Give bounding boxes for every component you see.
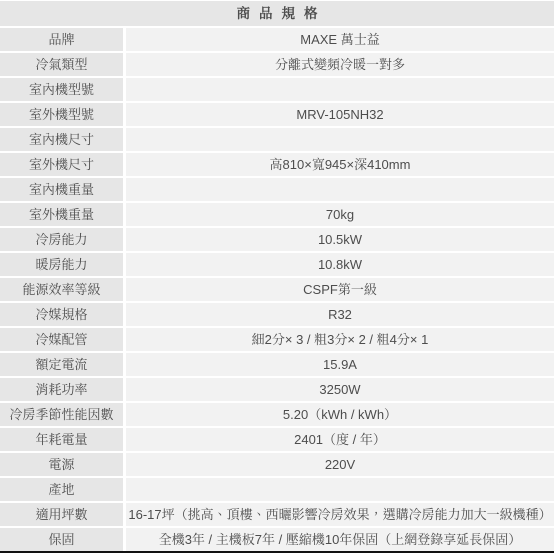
table-row: 產地	[0, 478, 554, 501]
spec-label-cell: 冷媒規格	[0, 303, 123, 326]
spec-label-cell: 室內機尺寸	[0, 128, 123, 151]
spec-value-cell	[126, 128, 554, 151]
spec-value-cell: 10.8kW	[126, 253, 554, 276]
spec-value-cell: MRV-105NH32	[126, 103, 554, 126]
spec-value-cell: 細2分× 3 / 粗3分× 2 / 粗4分× 1	[126, 328, 554, 351]
spec-value-cell: 2401（度 / 年）	[126, 428, 554, 451]
spec-value-cell	[126, 178, 554, 201]
table-row: 年耗電量 2401（度 / 年）	[0, 428, 554, 451]
spec-value-cell: R32	[126, 303, 554, 326]
table-row: 電源 220V	[0, 453, 554, 476]
spec-value-cell: 5.20（kWh / kWh）	[126, 403, 554, 426]
table-row: 冷媒配管 細2分× 3 / 粗3分× 2 / 粗4分× 1	[0, 328, 554, 351]
table-row: 額定電流 15.9A	[0, 353, 554, 376]
spec-label-cell: 消耗功率	[0, 378, 123, 401]
spec-value-cell	[126, 478, 554, 501]
table-title-text: 商品規格	[237, 6, 327, 21]
spec-label-cell: 室內機重量	[0, 178, 123, 201]
spec-label-cell: 室外機尺寸	[0, 153, 123, 176]
spec-label-cell: 室內機型號	[0, 78, 123, 101]
table-row: 保固 全機3年 / 主機板7年 / 壓縮機10年保固（上網登錄享延長保固）	[0, 528, 554, 551]
spec-value-cell: 220V	[126, 453, 554, 476]
table-row: 冷房季節性能因數 5.20（kWh / kWh）	[0, 403, 554, 426]
spec-value-cell: 15.9A	[126, 353, 554, 376]
table-row: 能源效率等級 CSPF第一級	[0, 278, 554, 301]
spec-label-cell: 冷房能力	[0, 228, 123, 251]
spec-label-cell: 冷房季節性能因數	[0, 403, 123, 426]
spec-label-cell: 室外機型號	[0, 103, 123, 126]
spec-label-cell: 額定電流	[0, 353, 123, 376]
table-row: 冷氣類型 分離式變頻冷暖一對多	[0, 53, 554, 76]
table-row: 室外機重量 70kg	[0, 203, 554, 226]
spec-value-cell	[126, 78, 554, 101]
table-row: 暖房能力 10.8kW	[0, 253, 554, 276]
spec-label-cell: 適用坪數	[0, 503, 123, 526]
spec-value-cell: MAXE 萬士益	[126, 28, 554, 51]
spec-label-cell: 暖房能力	[0, 253, 123, 276]
table-row: 品牌 MAXE 萬士益	[0, 28, 554, 51]
table-row: 冷房能力 10.5kW	[0, 228, 554, 251]
spec-value-cell: 16-17坪（挑高、頂樓、西曬影響冷房效果，選購冷房能力加大一級機種）	[126, 503, 554, 526]
spec-label-cell: 產地	[0, 478, 123, 501]
spec-value-cell: 3250W	[126, 378, 554, 401]
table-row: 室外機型號 MRV-105NH32	[0, 103, 554, 126]
table-row: 冷媒規格 R32	[0, 303, 554, 326]
table-row: 室外機尺寸 高810×寬945×深410mm	[0, 153, 554, 176]
spec-label-cell: 室外機重量	[0, 203, 123, 226]
table-row: 適用坪數 16-17坪（挑高、頂樓、西曬影響冷房效果，選購冷房能力加大一級機種）	[0, 503, 554, 526]
spec-label-cell: 電源	[0, 453, 123, 476]
spec-value-cell: 70kg	[126, 203, 554, 226]
spec-label-cell: 品牌	[0, 28, 123, 51]
spec-table: 商品規格 品牌 MAXE 萬士益 冷氣類型 分離式變頻冷暖一對多 室內機型號 室…	[0, 1, 554, 553]
spec-rows-container: 品牌 MAXE 萬士益 冷氣類型 分離式變頻冷暖一對多 室內機型號 室外機型號 …	[0, 28, 554, 551]
spec-value-cell: CSPF第一級	[126, 278, 554, 301]
table-row: 消耗功率 3250W	[0, 378, 554, 401]
table-title: 商品規格	[0, 1, 554, 26]
table-row: 室內機尺寸	[0, 128, 554, 151]
spec-value-cell: 10.5kW	[126, 228, 554, 251]
spec-value-cell: 全機3年 / 主機板7年 / 壓縮機10年保固（上網登錄享延長保固）	[126, 528, 554, 551]
spec-label-cell: 年耗電量	[0, 428, 123, 451]
spec-label-cell: 冷氣類型	[0, 53, 123, 76]
spec-label-cell: 能源效率等級	[0, 278, 123, 301]
table-row: 室內機型號	[0, 78, 554, 101]
table-row: 室內機重量	[0, 178, 554, 201]
spec-value-cell: 高810×寬945×深410mm	[126, 153, 554, 176]
spec-label-cell: 保固	[0, 528, 123, 551]
spec-label-cell: 冷媒配管	[0, 328, 123, 351]
spec-value-cell: 分離式變頻冷暖一對多	[126, 53, 554, 76]
